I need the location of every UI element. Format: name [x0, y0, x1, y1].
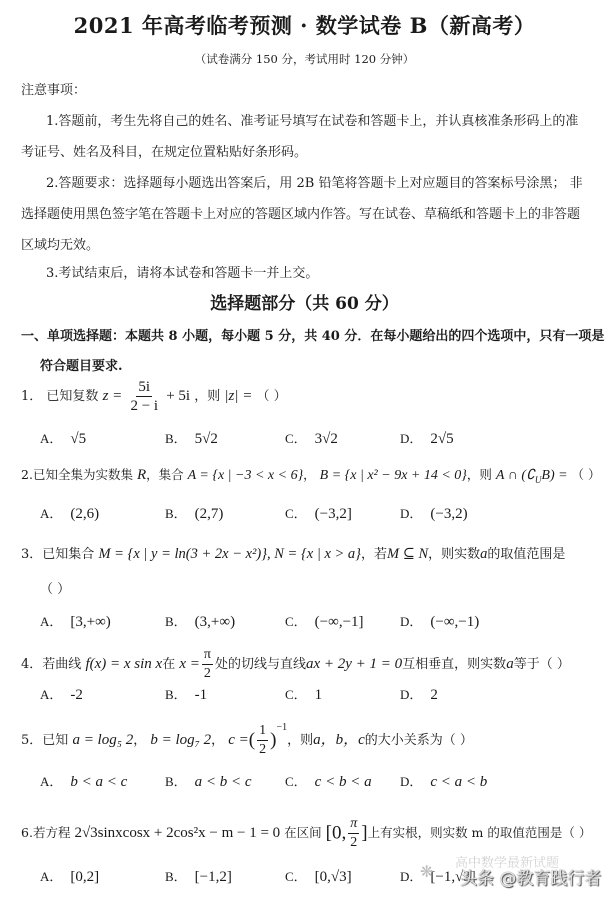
question-number: 2.	[21, 467, 33, 482]
variables: a，b，c	[313, 732, 365, 748]
option-value: c < a < b	[430, 774, 487, 790]
fraction: π2	[202, 646, 213, 683]
option-value: 2	[430, 687, 438, 703]
option-label: A．	[40, 614, 62, 629]
option-c[interactable]: C．c < b < a	[285, 771, 372, 791]
expr-part: B) =	[541, 468, 567, 483]
answer-blank: （ ）	[40, 578, 70, 597]
option-label: B．	[165, 774, 187, 789]
option-label: D．	[400, 431, 422, 446]
note-1-line-1: 1.答题前，考生先将自己的姓名、准考证号填写在试卷和答题卡上，并认真核准条形码上…	[46, 110, 578, 129]
question-5: 5．已知 a = log₅ 2， b = log₇ 2， c =(12)−1，则…	[21, 722, 473, 759]
option-value: 3√2	[315, 431, 338, 447]
set-b: B = {x | x² − 9x + 14 < 0}	[320, 468, 467, 483]
option-value: (−3,2]	[315, 506, 352, 522]
option-value: (−3,2)	[430, 506, 467, 522]
interval-left: [0,	[326, 823, 347, 844]
option-a[interactable]: A．-2	[40, 684, 83, 704]
fraction-denominator: 2	[348, 834, 359, 852]
option-value: -1	[195, 687, 208, 703]
equation: 2√3sinxcosx + 2cos²x − m − 1 = 0	[74, 825, 280, 841]
option-d[interactable]: D．(−3,2)	[400, 503, 468, 523]
option-label: C．	[285, 774, 307, 789]
stem-tail: 上有实根，则实数 m 的取值范围是	[368, 825, 563, 840]
real-set-symbol: R	[137, 467, 146, 483]
note-3: 3.考试结束后，请将本试卷和答题卡一并上交。	[46, 262, 318, 281]
option-b[interactable]: B．(3,+∞)	[165, 611, 235, 631]
option-value: (3,+∞)	[195, 614, 235, 630]
a-definition: a = log₅ 2	[72, 732, 133, 748]
question-stem: 已知复数	[46, 389, 98, 404]
question-2: 2.已知全集为实数集 R，集合 A = {x | −3 < x < 6}， B …	[21, 465, 601, 485]
note-2-line-2: 选择题使用黑色签字笔在答题卡上对应的答题区域内作答。写在试卷、草稿纸和答题卡上的…	[21, 203, 580, 222]
answer-blank: （ ）	[257, 389, 287, 404]
fraction-numerator: 1	[257, 722, 268, 741]
section-instruction-line-2: 符合题目要求.	[40, 355, 123, 374]
option-c[interactable]: C．(−3,2]	[285, 503, 352, 523]
option-label: C．	[285, 687, 307, 702]
abs-expression: |z| =	[224, 388, 252, 404]
question-number: 4．	[21, 657, 42, 672]
fraction-denominator: 2	[202, 665, 213, 683]
c-lhs: c =	[228, 732, 249, 748]
option-b[interactable]: B．-1	[165, 684, 207, 704]
option-value: b < a < c	[70, 774, 127, 790]
math-lhs: z =	[103, 388, 123, 404]
option-value: c < b < a	[315, 774, 372, 790]
question-1: 1． 已知复数 z = 5i 2 − i + 5i ，则 |z| = （ ）	[21, 378, 287, 415]
watermark-logo-icon: ❋	[420, 862, 433, 881]
variable-a: a	[506, 656, 514, 672]
option-label: D．	[400, 774, 422, 789]
option-label: D．	[400, 614, 422, 629]
fraction-denominator: 2	[257, 741, 268, 759]
set-definitions: M = {x | y = ln(3 + 2x − x²)}, N = {x | …	[98, 546, 361, 562]
option-label: D．	[400, 687, 422, 702]
answer-blank: （ ）	[562, 825, 591, 840]
stem-mid: 在	[162, 657, 175, 672]
fraction-numerator: 5i	[136, 378, 152, 397]
option-a[interactable]: A．(2,6)	[40, 503, 99, 523]
set-a: A = {x | −3 < x < 6}	[188, 468, 304, 483]
fraction: 12	[257, 722, 268, 759]
watermark-text: 头条 @教育践行者	[460, 864, 601, 889]
exponent: −1	[276, 722, 287, 733]
option-a[interactable]: A．b < a < c	[40, 771, 127, 791]
option-label: B．	[165, 687, 187, 702]
option-label: A．	[40, 431, 62, 446]
stem-mid: 在区间	[284, 825, 322, 840]
option-a[interactable]: A．[3,+∞)	[40, 611, 111, 631]
question-stem: 已知	[42, 733, 68, 748]
question-number: 6.	[21, 825, 33, 840]
stem-tail: 等于	[514, 657, 540, 672]
option-value: [3,+∞)	[70, 614, 110, 630]
exam-subtitle: （试卷满分 150 分，考试用时 120 分钟）	[0, 51, 609, 67]
option-label: C．	[285, 431, 307, 446]
note-1-line-2: 考证号、姓名及科目，在规定位置粘贴好条形码。	[21, 141, 307, 160]
option-value: (2,7)	[195, 506, 224, 522]
note-2-line-3: 区域均无效。	[21, 234, 99, 253]
stem-mid: ，则实数	[428, 547, 480, 562]
stem-mid: ，则	[287, 733, 313, 748]
answer-blank: （ ）	[540, 657, 570, 672]
option-b[interactable]: B．5√2	[165, 428, 218, 448]
stem-tail: 的大小关系为	[365, 733, 443, 748]
fraction-numerator: π	[348, 815, 359, 834]
question-stem: 已知全集为实数集	[33, 467, 133, 482]
stem-tail: ，则	[194, 389, 220, 404]
stem-mid: ，集合	[146, 467, 184, 482]
option-c[interactable]: C．(−∞,−1]	[285, 611, 364, 631]
note-2-line-1: 2.答题要求：选择题每小题选出答案后，用 2B 铅笔将答题卡上对应题目的答案标号…	[46, 172, 583, 191]
option-label: C．	[285, 869, 307, 884]
fraction: π2	[348, 815, 359, 852]
option-value: [0,√3]	[315, 869, 352, 885]
stem-tail: 的取值范围是	[487, 547, 565, 562]
line-equation: ax + 2y + 1 = 0	[306, 656, 402, 672]
question-stem: 若曲线	[42, 657, 81, 672]
option-label: D．	[400, 506, 422, 521]
question-6: 6.若方程 2√3sinxcosx + 2cos²x − m − 1 = 0 在…	[21, 815, 591, 852]
option-d[interactable]: D．c < a < b	[400, 771, 487, 791]
option-b[interactable]: B．(2,7)	[165, 503, 223, 523]
option-label: A．	[40, 869, 62, 884]
question-number: 5．	[21, 733, 42, 748]
separator: ，	[303, 467, 316, 482]
option-label: B．	[165, 431, 187, 446]
question-number: 1．	[21, 389, 42, 404]
section-instruction-line-1: 一、单项选择题：本题共 8 小题，每小题 5 分，共 40 分．在每小题给出的四…	[21, 325, 604, 344]
option-value: 1	[315, 687, 323, 703]
option-value: (2,6)	[70, 506, 99, 522]
option-label: B．	[165, 869, 187, 884]
option-label: B．	[165, 506, 187, 521]
function-def: f(x) = x sin x	[85, 656, 162, 672]
x-equals: x =	[179, 656, 200, 672]
answer-blank: （ ）	[443, 733, 473, 748]
option-value: [0,2]	[70, 869, 99, 885]
option-value: [−1,2]	[195, 869, 232, 885]
option-label: B．	[165, 614, 187, 629]
fraction-denominator: 2 − i	[128, 397, 160, 415]
b-definition: b = log₇ 2	[150, 732, 211, 748]
option-value: (−∞,−1]	[315, 614, 364, 630]
stem-mid: ，若	[361, 547, 387, 562]
stem-tail: 互相垂直，则实数	[402, 657, 506, 672]
question-stem: 若方程	[33, 825, 71, 840]
option-label: A．	[40, 687, 62, 702]
option-value: -2	[70, 687, 83, 703]
option-d[interactable]: D．2√5	[400, 428, 454, 448]
option-d[interactable]: D．(−∞,−1)	[400, 611, 479, 631]
option-label: A．	[40, 506, 62, 521]
option-value: (−∞,−1)	[430, 614, 479, 630]
expression: A ∩ (∁UB) =	[496, 468, 568, 483]
option-value: a < b < c	[195, 774, 252, 790]
fraction-numerator: π	[202, 646, 213, 665]
option-value: √5	[70, 431, 86, 447]
option-value: 5√2	[195, 431, 218, 447]
question-4: 4．若曲线 f(x) = x sin x在 x =π2处的切线与直线ax + 2…	[21, 646, 570, 683]
option-value: 2√5	[430, 431, 453, 447]
fraction: 5i 2 − i	[128, 378, 160, 415]
option-c[interactable]: C．[0,√3]	[285, 866, 352, 886]
question-stem: 已知集合	[42, 547, 94, 562]
answer-blank: （ ）	[572, 467, 601, 482]
question-number: 3．	[21, 547, 42, 562]
notes-heading: 注意事项：	[21, 79, 86, 98]
question-3: 3．已知集合 M = {x | y = ln(3 + 2x − x²)}, N …	[21, 543, 565, 563]
option-label: A．	[40, 774, 62, 789]
option-c[interactable]: C．3√2	[285, 428, 338, 448]
stem-mid: 处的切线与直线	[215, 657, 306, 672]
option-b[interactable]: B．a < b < c	[165, 771, 252, 791]
stem-tail: ，则	[467, 467, 492, 482]
option-d[interactable]: D．2	[400, 684, 438, 704]
option-label: C．	[285, 506, 307, 521]
math-rest: + 5i	[166, 388, 190, 404]
option-b[interactable]: B．[−1,2]	[165, 866, 232, 886]
option-a[interactable]: A．[0,2]	[40, 866, 99, 886]
option-c[interactable]: C．1	[285, 684, 322, 704]
subset-condition: M ⊆ N	[387, 546, 428, 562]
option-a[interactable]: A．√5	[40, 428, 86, 448]
left-paren-icon: (	[249, 730, 255, 751]
expr-part: A ∩ (∁	[496, 468, 535, 483]
section-title: 选择题部分（共 60 分）	[0, 289, 609, 314]
exam-title: 2021 年高考临考预测 · 数学试卷 B（新高考）	[0, 10, 609, 40]
option-label: C．	[285, 614, 307, 629]
